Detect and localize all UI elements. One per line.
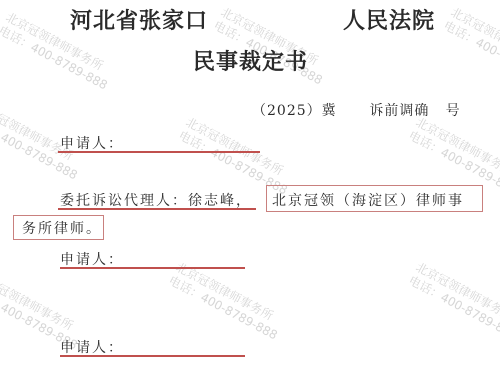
court-name-left: 河北省张家口 [70,4,208,35]
law-firm-name: 北京冠领（海淀区）律师事 [272,190,464,210]
applicant-label-1: 申请人： [60,133,124,153]
applicant-label-2: 申请人： [60,249,124,269]
law-firm-continuation: 务所律师。 [22,218,102,238]
underline-annotation [60,355,245,357]
watermark: 北京冠领律师事务所电话：400-8789-888 [406,260,500,343]
agent-label: 委托诉讼代理人：徐志峰， [60,190,252,210]
case-number: （2025）冀 诉前调确 号 [252,100,461,120]
underline-annotation [60,267,245,269]
applicant-label-3: 申请人： [60,337,124,357]
underline-annotation [58,151,260,153]
court-name-right: 人民法院 [343,4,435,35]
watermark: 北京冠领律师事务所电话：400-8789-888 [166,260,287,343]
watermark: 北京冠领律师事务所电话：400-8789-888 [441,5,500,88]
document-type-title: 民事裁定书 [193,45,308,76]
underline-annotation [58,208,256,210]
